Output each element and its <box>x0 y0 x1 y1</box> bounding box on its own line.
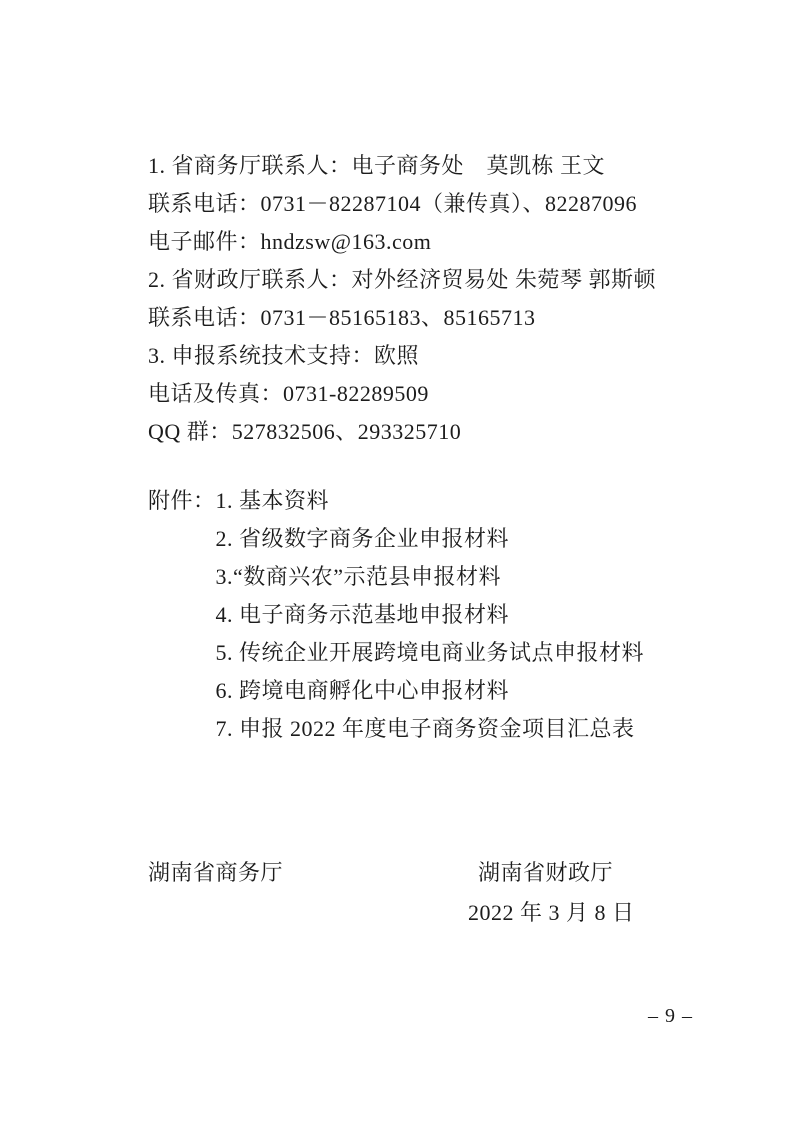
attachments-list: 1. 基本资料 2. 省级数字商务企业申报材料 3.“数商兴农”示范县申报材料 … <box>216 482 728 748</box>
signature-date: 2022 年 3 月 8 日 <box>468 894 635 932</box>
contact-line: 联系电话：0731－85165183、85165713 <box>148 299 708 337</box>
attachment-item: 2. 省级数字商务企业申报材料 <box>216 520 728 558</box>
attachment-item: 3.“数商兴农”示范县申报材料 <box>216 558 728 596</box>
contact-line: 电话及传真：0731-82289509 <box>148 375 708 413</box>
contact-line: 3. 申报系统技术支持：欧照 <box>148 337 708 375</box>
attachment-item: 7. 申报 2022 年度电子商务资金项目汇总表 <box>216 710 728 748</box>
attachment-item: 1. 基本资料 <box>216 482 728 520</box>
contact-line: QQ 群：527832506、293325710 <box>148 413 708 451</box>
attachment-item: 6. 跨境电商孵化中心申报材料 <box>216 672 728 710</box>
contact-line: 2. 省财政厅联系人：对外经济贸易处 朱菀琴 郭斯顿 <box>148 261 708 299</box>
attachments-section: 附件： 1. 基本资料 2. 省级数字商务企业申报材料 3.“数商兴农”示范县申… <box>148 482 728 748</box>
attachments-label: 附件： <box>148 482 216 520</box>
document-page: 1. 省商务厅联系人：电子商务处 莫凯栋 王文 联系电话：0731－822871… <box>0 0 793 1122</box>
contact-line: 电子邮件：hndzsw@163.com <box>148 223 708 261</box>
contact-line: 1. 省商务厅联系人：电子商务处 莫凯栋 王文 <box>148 147 708 185</box>
signature-right-org: 湖南省财政厅 <box>478 854 613 892</box>
signature-left-org: 湖南省商务厅 <box>148 854 283 892</box>
attachment-item: 5. 传统企业开展跨境电商业务试点申报材料 <box>216 634 728 672</box>
contact-line: 联系电话：0731－82287104（兼传真）、82287096 <box>148 185 708 223</box>
page-number: – 9 – <box>648 1002 693 1030</box>
contact-info-section: 1. 省商务厅联系人：电子商务处 莫凯栋 王文 联系电话：0731－822871… <box>148 147 708 451</box>
attachment-item: 4. 电子商务示范基地申报材料 <box>216 596 728 634</box>
